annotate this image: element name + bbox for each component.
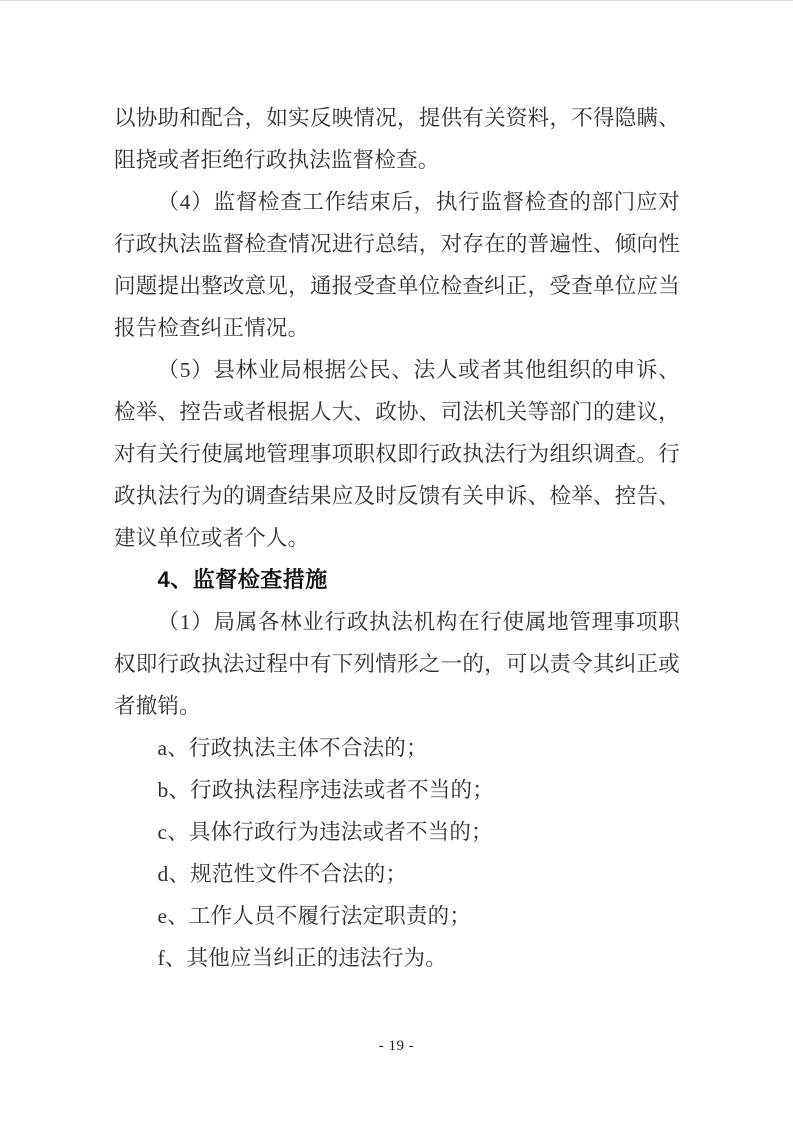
page-number: - 19 - — [379, 1038, 415, 1054]
text-line: d、规范性文件不合法的； — [114, 853, 680, 895]
document-page: 以协助和配合，如实反映情况，提供有关资料，不得隐瞒、 阻挠或者拒绝行政执法监督检… — [0, 0, 793, 1123]
text-line: 问题提出整改意见，通报受查单位检查纠正，受查单位应当 — [114, 265, 680, 307]
section-heading: 4、监督检查措施 — [114, 559, 680, 601]
paragraph-continuation: 以协助和配合，如实反映情况，提供有关资料，不得隐瞒、 阻挠或者拒绝行政执法监督检… — [114, 97, 680, 181]
text-line: （5）县林业局根据公民、法人或者其他组织的申诉、 — [114, 349, 680, 391]
text-line: 报告检查纠正情况。 — [114, 307, 680, 349]
text-line: 以协助和配合，如实反映情况，提供有关资料，不得隐瞒、 — [114, 97, 680, 139]
text-line: b、行政执法程序违法或者不当的； — [114, 769, 680, 811]
paragraph-item-4: （4）监督检查工作结束后，执行监督检查的部门应对 行政执法监督检查情况进行总结，… — [114, 181, 680, 349]
text-line: 建议单位或者个人。 — [114, 517, 680, 559]
text-line: 行政执法监督检查情况进行总结，对存在的普遍性、倾向性 — [114, 223, 680, 265]
text-line: e、工作人员不履行法定职责的； — [114, 895, 680, 937]
text-line: 对有关行使属地管理事项职权即行政执法行为组织调查。行 — [114, 433, 680, 475]
text-line: 权即行政执法过程中有下列情形之一的，可以责令其纠正或 — [114, 643, 680, 685]
text-line: 政执法行为的调查结果应及时反馈有关申诉、检举、控告、 — [114, 475, 680, 517]
section-4: 4、监督检查措施 — [114, 559, 680, 601]
paragraph-item-5: （5）县林业局根据公民、法人或者其他组织的申诉、 检举、控告或者根据人大、政协、… — [114, 349, 680, 559]
page-footer: - 19 - — [0, 1037, 793, 1055]
list-item-d: d、规范性文件不合法的； — [114, 853, 680, 895]
text-line: a、行政执法主体不合法的； — [114, 727, 680, 769]
text-line: （1）局属各林业行政执法机构在行使属地管理事项职 — [114, 601, 680, 643]
text-line: 者撤销。 — [114, 685, 680, 727]
text-line: c、具体行政行为违法或者不当的； — [114, 811, 680, 853]
list-item-f: f、其他应当纠正的违法行为。 — [114, 937, 680, 979]
list-item-b: b、行政执法程序违法或者不当的； — [114, 769, 680, 811]
text-line: f、其他应当纠正的违法行为。 — [114, 937, 680, 979]
list-item-c: c、具体行政行为违法或者不当的； — [114, 811, 680, 853]
text-line: 检举、控告或者根据人大、政协、司法机关等部门的建议， — [114, 391, 680, 433]
text-line: 阻挠或者拒绝行政执法监督检查。 — [114, 139, 680, 181]
list-item-e: e、工作人员不履行法定职责的； — [114, 895, 680, 937]
list-item-a: a、行政执法主体不合法的； — [114, 727, 680, 769]
paragraph-item-1: （1）局属各林业行政执法机构在行使属地管理事项职 权即行政执法过程中有下列情形之… — [114, 601, 680, 727]
document-body: 以协助和配合，如实反映情况，提供有关资料，不得隐瞒、 阻挠或者拒绝行政执法监督检… — [114, 97, 680, 979]
text-line: （4）监督检查工作结束后，执行监督检查的部门应对 — [114, 181, 680, 223]
